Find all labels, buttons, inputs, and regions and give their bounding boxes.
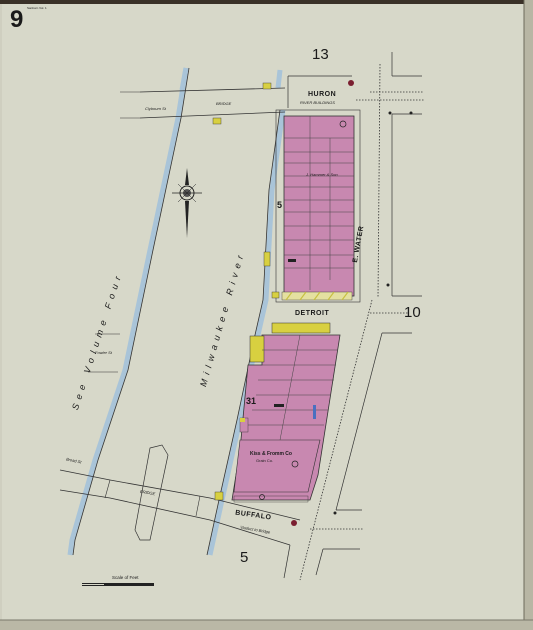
street-clybourn: Clybourn St bbox=[145, 106, 166, 111]
building-kiss-fromm: Kiss & Fromm Co bbox=[250, 451, 292, 457]
building-hammer-son: J. Hammer & Son bbox=[306, 172, 338, 177]
huron-bridge-label: BRIDGE bbox=[216, 101, 231, 106]
block-number-north: 5 bbox=[277, 200, 282, 210]
hydrant-icon bbox=[291, 520, 297, 526]
building-grain-co: Grain Co. bbox=[256, 458, 273, 463]
sheet-number: 9 bbox=[10, 6, 23, 34]
street-detroit: DETROIT bbox=[295, 310, 329, 317]
hydrant-icon bbox=[348, 80, 354, 86]
volume-note: Sanborn Vol. 1 bbox=[27, 6, 47, 10]
street-huron: HURON bbox=[308, 91, 336, 98]
block-number-south: 31 bbox=[246, 396, 256, 406]
scale-label: Scale of Feet bbox=[112, 575, 139, 580]
adjoining-sheet-east[interactable]: 10 bbox=[404, 304, 421, 321]
scale-bar bbox=[82, 583, 154, 586]
adjoining-sheet-north[interactable]: 13 bbox=[312, 46, 329, 63]
adjoining-sheet-south[interactable]: 5 bbox=[240, 549, 248, 566]
map-sheet bbox=[0, 0, 533, 630]
street-huron-sub: RIVER BUILDINGS bbox=[300, 100, 335, 105]
